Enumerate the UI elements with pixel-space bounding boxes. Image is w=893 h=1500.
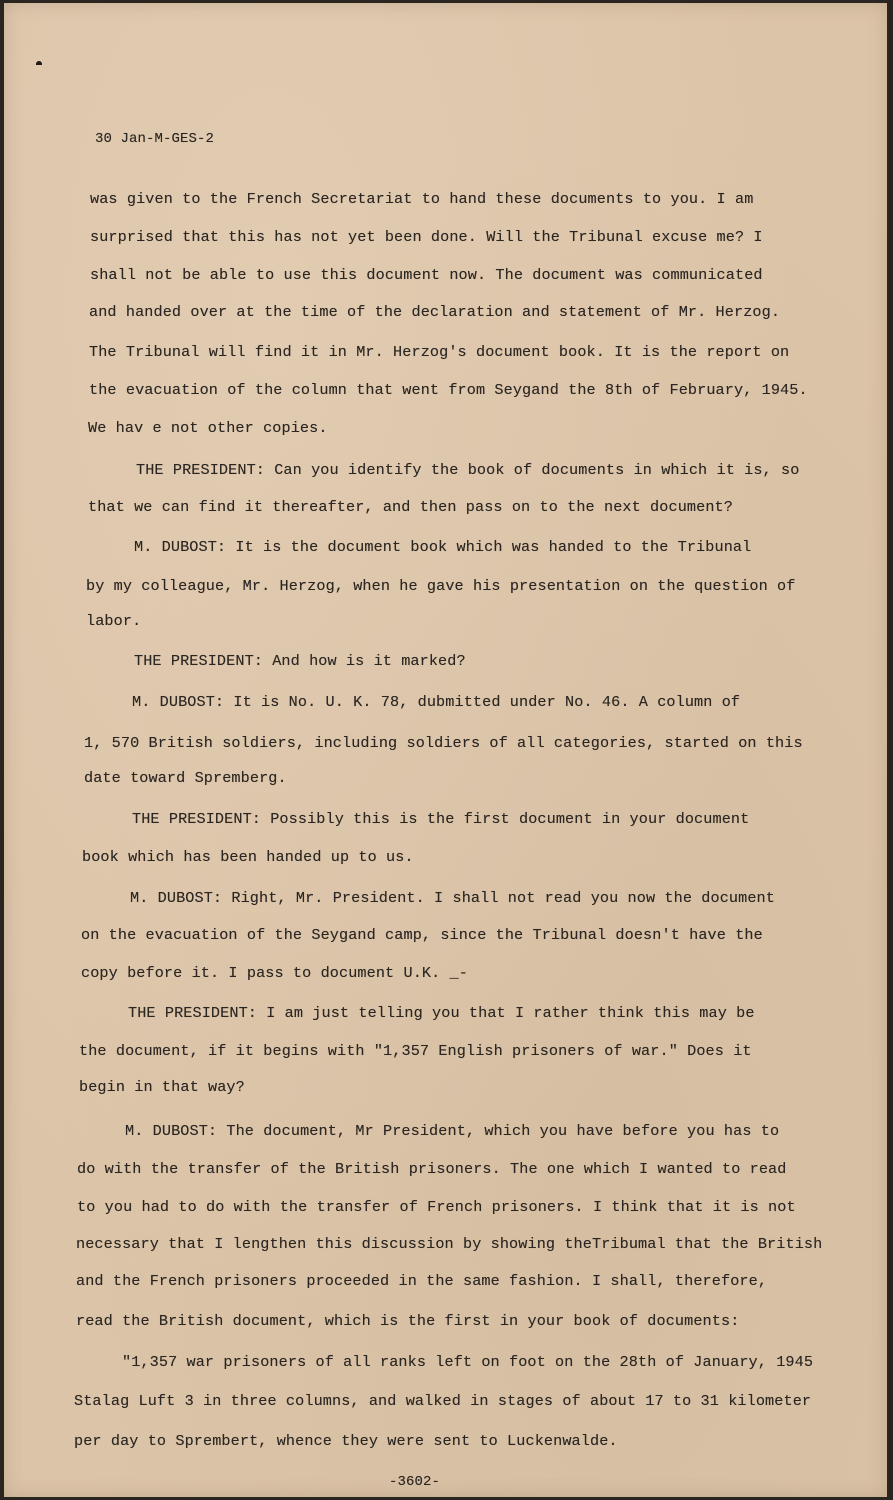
document-text-line: We hav e not other copies. [88,419,328,437]
document-text-line: THE PRESIDENT: I am just telling you tha… [128,1004,755,1022]
document-text-line: and the French prisoners proceeded in th… [76,1272,767,1290]
document-text-line: "1,357 war prisoners of all ranks left o… [122,1353,813,1371]
document-text-line: and handed over at the time of the decla… [89,303,780,321]
typewritten-document-page: 30 Jan-M-GES-2 was given to the French S… [4,3,887,1497]
document-text-line: M. DUBOST: It is the document book which… [134,538,751,556]
document-text-line: per day to Sprembert, whence they were s… [74,1432,618,1450]
document-text-line: M. DUBOST: The document, Mr President, w… [125,1122,779,1140]
document-text-line: labor. [86,612,141,630]
document-text-line: THE PRESIDENT: And how is it marked? [134,652,466,670]
document-text-line: book which has been handed up to us. [82,848,414,866]
document-text-line: do with the transfer of the British pris… [77,1160,786,1178]
document-text-line: was given to the French Secretariat to h… [90,190,753,208]
document-text-line: THE PRESIDENT: Possibly this is the firs… [132,810,749,828]
document-header-reference: 30 Jan-M-GES-2 [95,131,214,147]
document-text-line: to you had to do with the transfer of Fr… [77,1198,796,1216]
document-text-line: 1, 570 British soldiers, including soldi… [84,734,803,752]
document-text-line: date toward Spremberg. [84,769,287,787]
document-text-line: the evacuation of the column that went f… [89,381,808,399]
document-text-line: THE PRESIDENT: Can you identify the book… [136,461,799,479]
document-text-line: the document, if it begins with "1,357 E… [79,1042,752,1060]
document-text-line: M. DUBOST: It is No. U. K. 78, dubmitted… [132,693,740,711]
document-text-line: The Tribunal will find it in Mr. Herzog'… [89,343,789,361]
document-text-line: read the British document, which is the … [76,1312,739,1330]
punch-hole-mark [36,61,42,65]
document-text-line: begin in that way? [79,1078,245,1096]
document-text-line: necessary that I lengthen this discussio… [76,1235,822,1253]
document-text-line: on the evacuation of the Seygand camp, s… [81,926,763,944]
document-text-line: M. DUBOST: Right, Mr. President. I shall… [130,889,775,907]
document-text-line: shall not be able to use this document n… [90,266,763,284]
document-text-line: copy before it. I pass to document U.K. … [81,964,468,982]
document-text-line: by my colleague, Mr. Herzog, when he gav… [86,577,795,595]
document-text-line: Stalag Luft 3 in three columns, and walk… [74,1392,811,1410]
page-number: -3602- [389,1474,440,1490]
document-text-line: that we can find it thereafter, and then… [88,498,733,516]
document-text-line: surprised that this has not yet been don… [90,228,763,246]
